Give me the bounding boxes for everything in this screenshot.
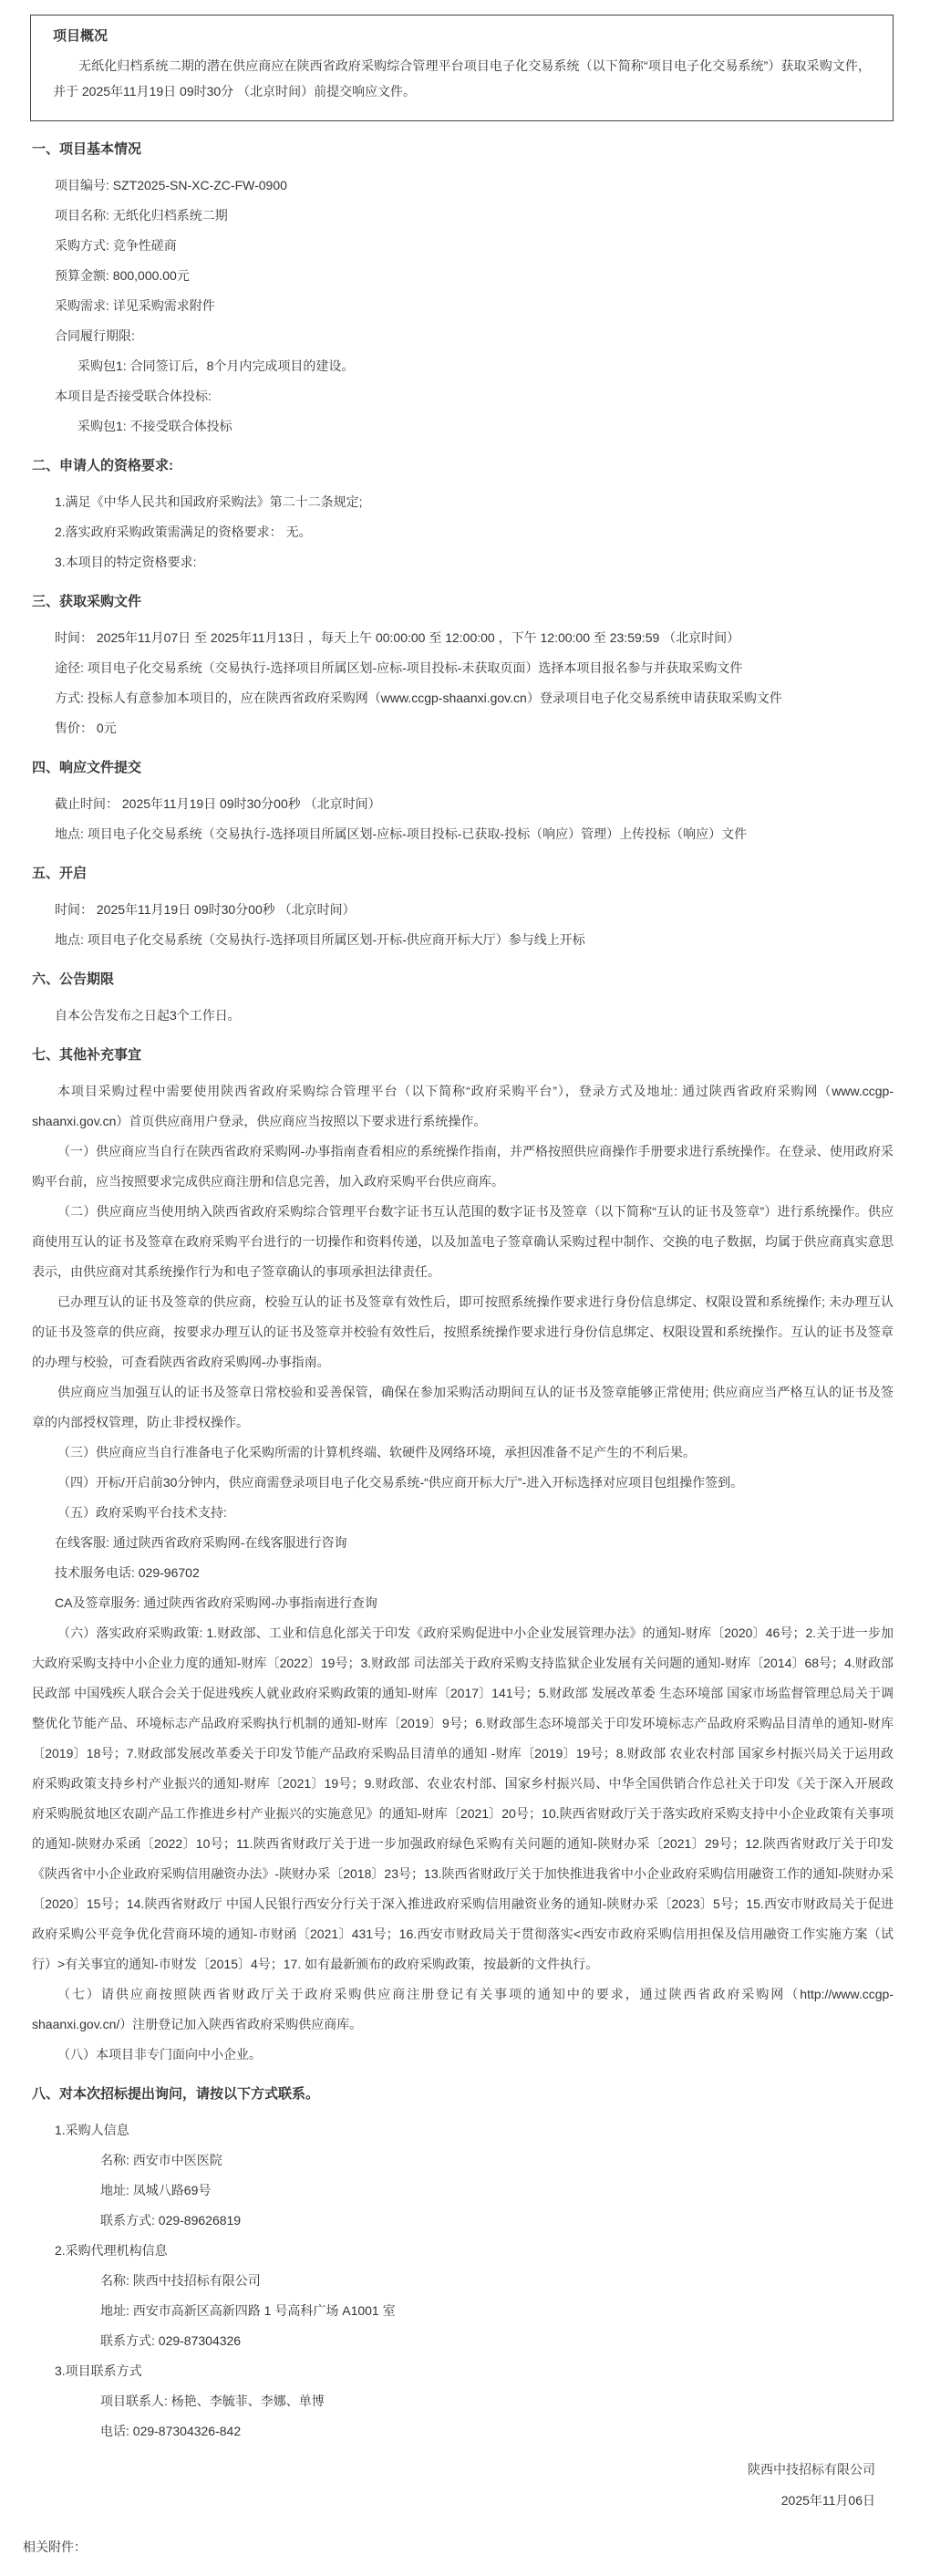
field-line: CA及签章服务: 通过陕西省政府采购网-办事指南进行查询 — [32, 1588, 894, 1618]
field-line: 项目联系人: 杨艳、李毓菲、李娜、单博 — [32, 2386, 894, 2416]
field-line: 时间： 2025年11月07日 至 2025年11月13日 ，每天上午 00:0… — [32, 623, 894, 653]
paragraph: 已办理互认的证书及签章的供应商，校验互认的证书及签章有效性后，即可按照系统操作要… — [32, 1287, 894, 1377]
field-line: 售价： 0元 — [32, 713, 894, 743]
paragraph: （三）供应商应当自行准备电子化采购所需的计算机终端、软硬件及网络环境，承担因准备… — [32, 1438, 894, 1468]
agency-name: 陕西中技招标有限公司 — [32, 2454, 875, 2485]
paragraph: （一）供应商应当自行在陕西省政府采购网-办事指南查看相应的系统操作指南，并严格按… — [32, 1137, 894, 1197]
section-response-submission: 四、响应文件提交截止时间： 2025年11月19日 09时30分00秒 （北京时… — [32, 753, 894, 849]
field-line: 技术服务电话: 029-96702 — [32, 1558, 894, 1588]
field-line: 在线客服: 通过陕西省政府采购网-在线客服进行咨询 — [32, 1528, 894, 1558]
paragraph: （六）落实政府采购政策: 1.财政部、工业和信息化部关于印发《政府采购促进中小企… — [32, 1618, 894, 1979]
field-line: 联系方式: 029-87304326 — [32, 2326, 894, 2356]
section-heading: 一、项目基本情况 — [32, 134, 894, 164]
section-obtain-documents: 三、获取采购文件时间： 2025年11月07日 至 2025年11月13日 ，每… — [32, 587, 894, 743]
section-opening: 五、开启时间： 2025年11月19日 09时30分00秒 （北京时间）地点: … — [32, 858, 894, 955]
paragraph: （四）开标/开启前30分钟内，供应商需登录项目电子化交易系统-“供应商开标大厅”… — [32, 1468, 894, 1498]
procurement-announcement-page: 项目概况 无纸化归档系统二期的潜在供应商应在陕西省政府采购综合管理平台项目电子化… — [0, 0, 930, 2576]
section-inquiry-contacts: 八、对本次招标提出询问，请按以下方式联系。1.采购人信息名称: 西安市中医医院地… — [32, 2079, 894, 2446]
field-line: 方式: 投标人有意参加本项目的，应在陕西省政府采购网（www.ccgp-shaa… — [32, 683, 894, 713]
field-line: 1.采购人信息 — [32, 2115, 894, 2145]
section-heading: 二、申请人的资格要求: — [32, 451, 894, 481]
paragraph: （五）政府采购平台技术支持: — [32, 1498, 894, 1528]
field-line: 1.满足《中华人民共和国政府采购法》第二十二条规定; — [32, 487, 894, 517]
field-line: 合同履行期限: — [32, 321, 894, 351]
field-line: 地址: 凤城八路69号 — [32, 2176, 894, 2206]
section-heading: 六、公告期限 — [32, 964, 894, 994]
paragraph: 本项目采购过程中需要使用陕西省政府采购综合管理平台（以下简称“政府采购平台”），… — [32, 1076, 894, 1137]
field-line: 地点: 项目电子化交易系统（交易执行-选择项目所属区划-开标-供应商开标大厅）参… — [32, 925, 894, 955]
section-heading: 三、获取采购文件 — [32, 587, 894, 617]
field-line: 采购方式: 竞争性磋商 — [32, 231, 894, 261]
paragraph: （八）本项目非专门面向中小企业。 — [32, 2040, 894, 2070]
field-line: 自本公告发布之日起3个工作日。 — [32, 1001, 894, 1031]
overview-paragraph: 无纸化归档系统二期的潜在供应商应在陕西省政府采购综合管理平台项目电子化交易系统（… — [53, 53, 871, 104]
field-line: 项目编号: SZT2025-SN-XC-ZC-FW-0900 — [32, 171, 894, 201]
field-line: 采购包1: 合同签订后，8个月内完成项目的建设。 — [32, 351, 894, 381]
field-line: 地址: 西安市高新区高新四路 1 号高科广场 A1001 室 — [32, 2296, 894, 2326]
field-line: 2.落实政府采购政策需满足的资格要求： 无。 — [32, 517, 894, 547]
field-line: 3.本项目的特定资格要求: — [32, 547, 894, 577]
overview-title: 项目概况 — [53, 21, 871, 51]
paragraph: （二）供应商应当使用纳入陕西省政府采购综合管理平台数字证书互认范围的数字证书及签… — [32, 1197, 894, 1287]
field-line: 预算金额: 800,000.00元 — [32, 261, 894, 291]
paragraph: （七）请供应商按照陕西省财政厅关于政府采购供应商注册登记有关事项的通知中的要求，… — [32, 1979, 894, 2040]
field-line: 3.项目联系方式 — [32, 2356, 894, 2386]
field-line: 名称: 陕西中技招标有限公司 — [32, 2266, 894, 2296]
section-basic-info: 一、项目基本情况项目编号: SZT2025-SN-XC-ZC-FW-0900项目… — [32, 134, 894, 441]
field-line: 地点: 项目电子化交易系统（交易执行-选择项目所属区划-应标-项目投标-已获取-… — [32, 819, 894, 849]
field-line: 联系方式: 029-89626819 — [32, 2206, 894, 2236]
sections-container: 一、项目基本情况项目编号: SZT2025-SN-XC-ZC-FW-0900项目… — [32, 134, 894, 2446]
field-line: 采购包1: 不接受联合体投标 — [32, 411, 894, 441]
field-line: 截止时间： 2025年11月19日 09时30分00秒 （北京时间） — [32, 789, 894, 819]
section-heading: 八、对本次招标提出询问，请按以下方式联系。 — [32, 2079, 894, 2109]
section-qualification: 二、申请人的资格要求:1.满足《中华人民共和国政府采购法》第二十二条规定;2.落… — [32, 451, 894, 577]
field-line: 本项目是否接受联合体投标: — [32, 381, 894, 411]
field-line: 项目名称: 无纸化归档系统二期 — [32, 201, 894, 231]
section-heading: 四、响应文件提交 — [32, 753, 894, 783]
field-line: 电话: 029-87304326-842 — [32, 2416, 894, 2446]
signature-block: 陕西中技招标有限公司 2025年11月06日 — [32, 2454, 894, 2516]
field-line: 途径: 项目电子化交易系统（交易执行-选择项目所属区划-应标-项目投标-未获取页… — [32, 653, 894, 683]
paragraph: 供应商应当加强互认的证书及签章日常校验和妥善保管，确保在参加采购活动期间互认的证… — [32, 1377, 894, 1438]
publish-date: 2025年11月06日 — [32, 2485, 875, 2516]
section-other-matters: 七、其他补充事宜本项目采购过程中需要使用陕西省政府采购综合管理平台（以下简称“政… — [32, 1040, 894, 2070]
related-attachments-label: 相关附件： — [23, 2532, 894, 2562]
project-overview-box: 项目概况 无纸化归档系统二期的潜在供应商应在陕西省政府采购综合管理平台项目电子化… — [30, 15, 894, 121]
section-announcement-period: 六、公告期限自本公告发布之日起3个工作日。 — [32, 964, 894, 1031]
section-heading: 七、其他补充事宜 — [32, 1040, 894, 1070]
field-line: 名称: 西安市中医医院 — [32, 2145, 894, 2176]
field-line: 2.采购代理机构信息 — [32, 2236, 894, 2266]
field-line: 时间： 2025年11月19日 09时30分00秒 （北京时间） — [32, 895, 894, 925]
field-line: 采购需求: 详见采购需求附件 — [32, 291, 894, 321]
section-heading: 五、开启 — [32, 858, 894, 888]
